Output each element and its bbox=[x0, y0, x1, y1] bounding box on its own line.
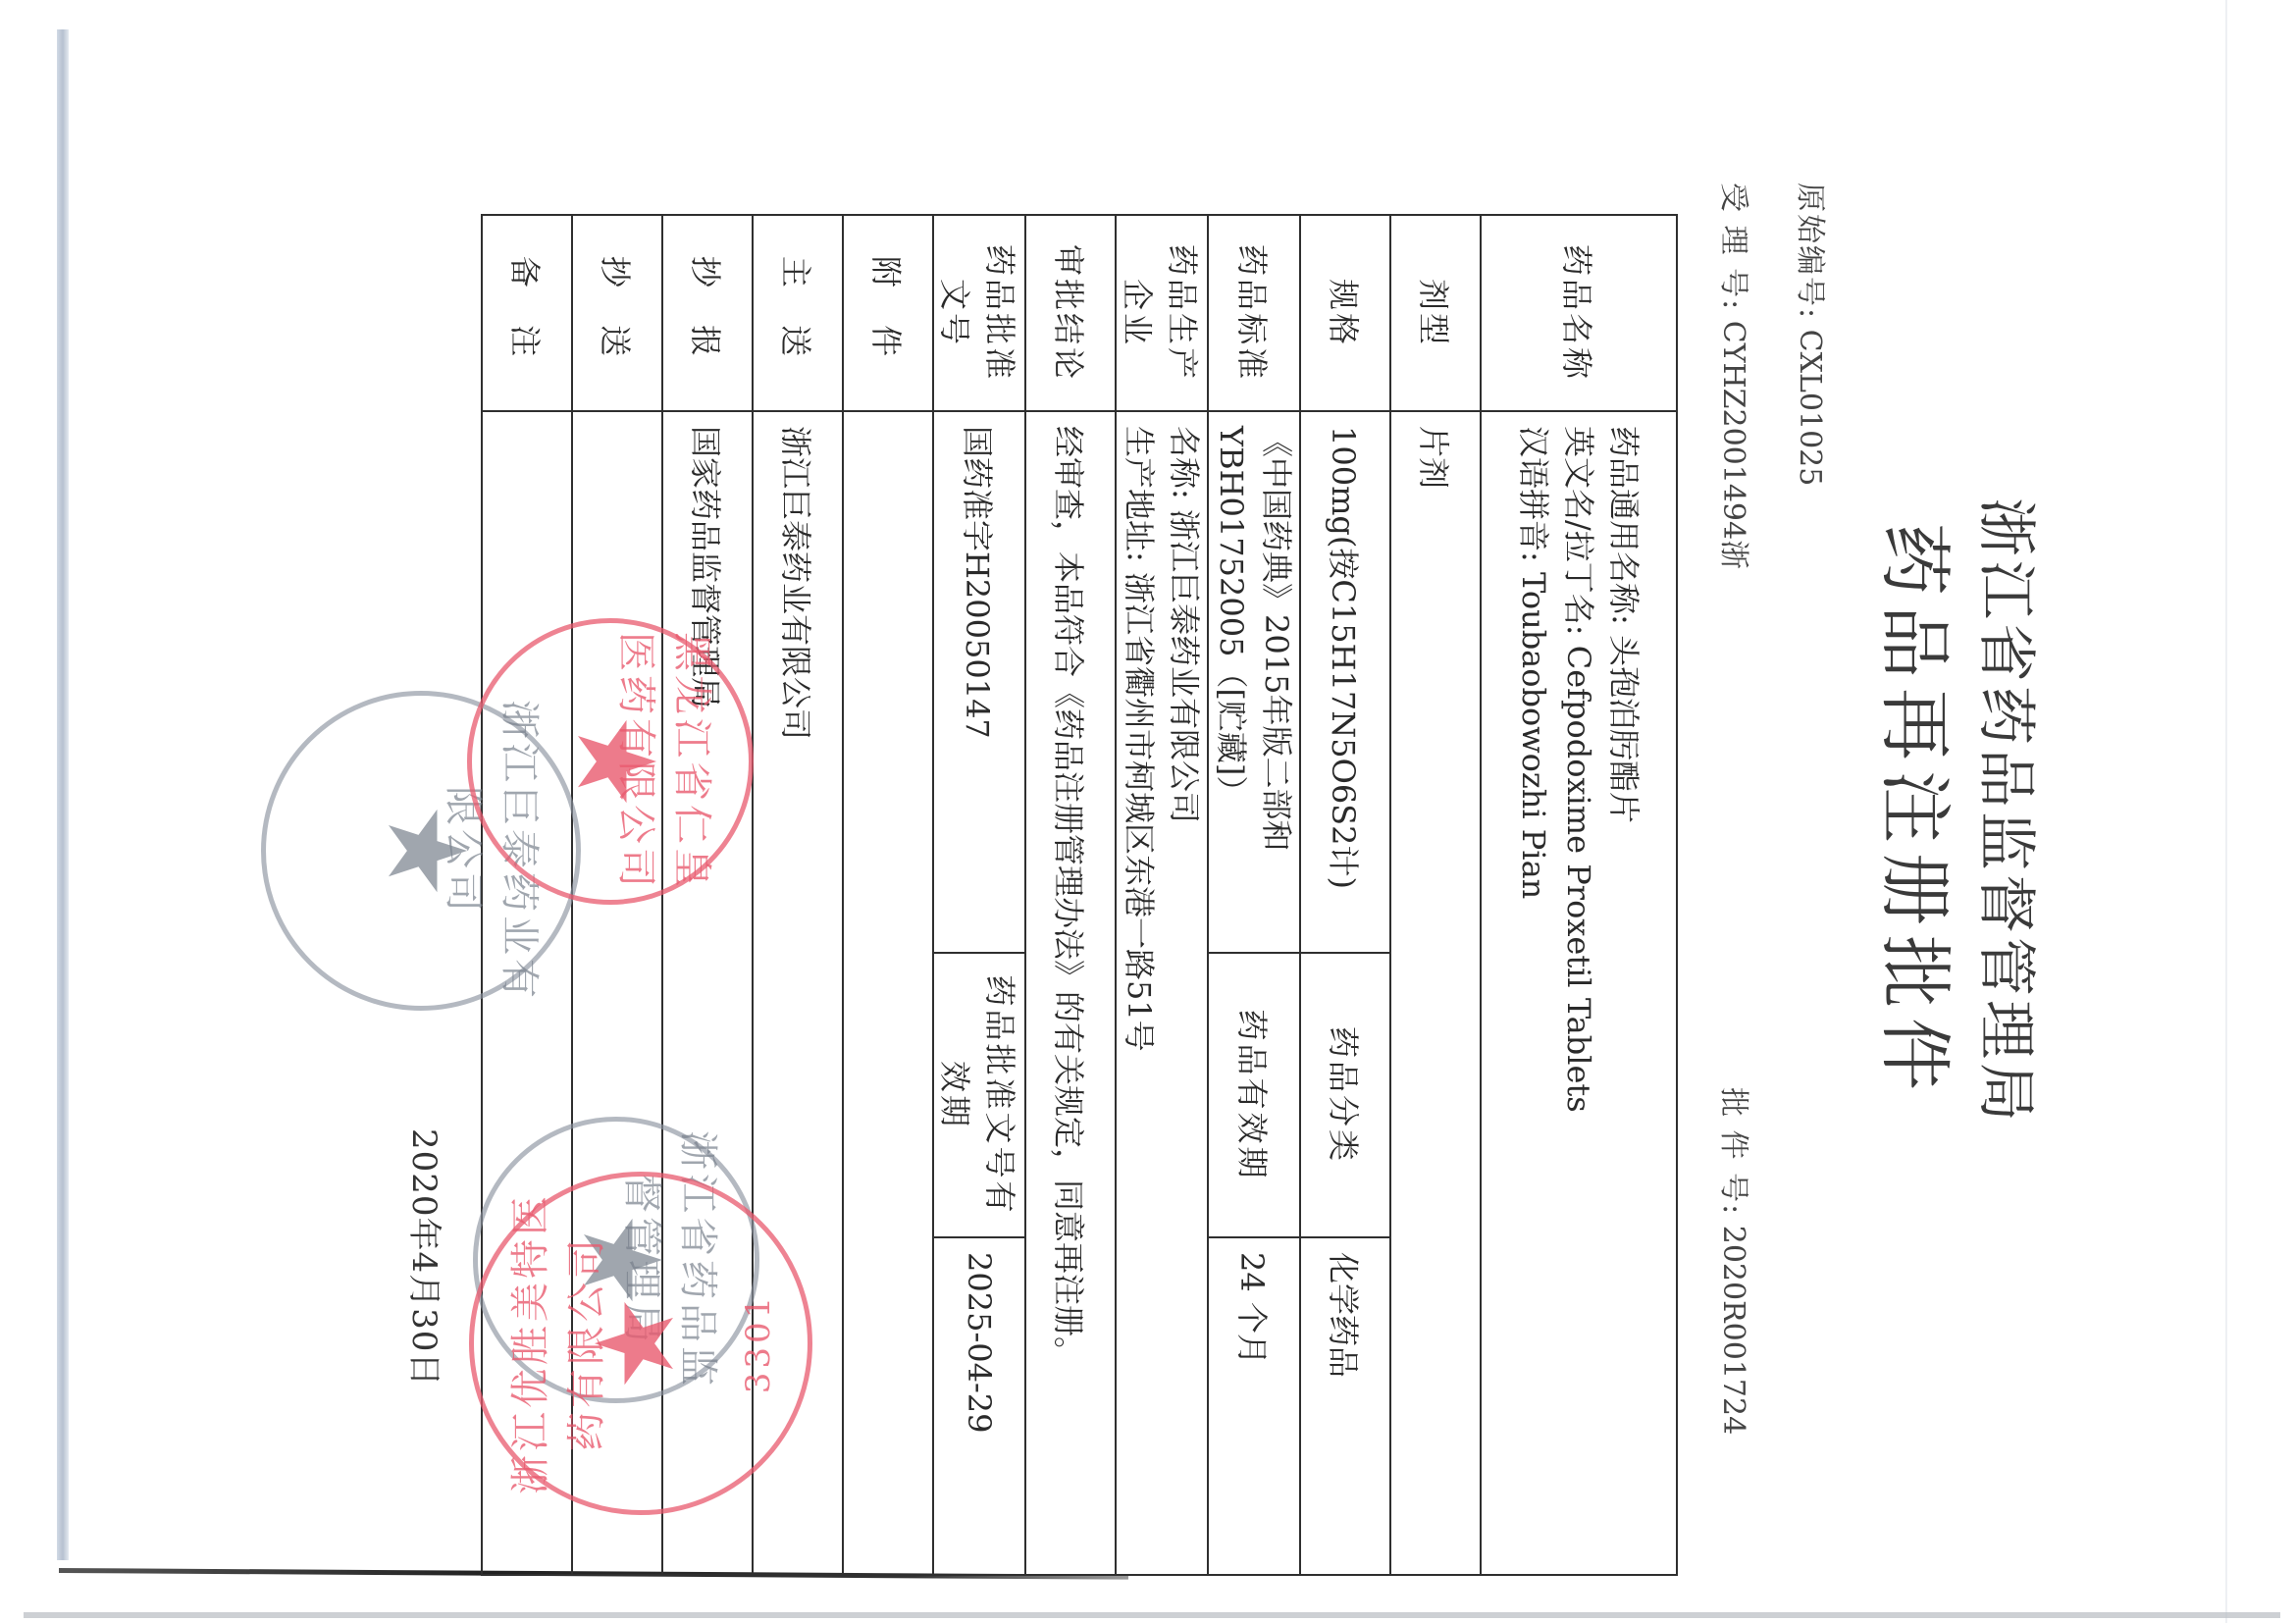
table-row: 抄 报 国家药品监督管理局 bbox=[662, 215, 753, 1575]
english-name: 英文名/拉丁名: Cefpodoxime Proxetil Tablets bbox=[1556, 426, 1601, 1560]
star-icon: ★ bbox=[373, 803, 481, 900]
table-row: 药品名称 药品通用名称: 头孢泊肟酯片 英文名/拉丁名: Cefpodoxime… bbox=[1481, 215, 1677, 1575]
conclusion-value: 经审查，本品符合《药品注册管理办法》的有关规定，同意再注册。 bbox=[1025, 411, 1116, 1575]
shelf-life-value: 24 个月 bbox=[1208, 1237, 1300, 1575]
category-value: 化学药品 bbox=[1300, 1237, 1390, 1575]
original-number-value: CXL01025 bbox=[1793, 330, 1827, 487]
spec-value: 100mg(按C15H17N5O6S2计) bbox=[1300, 411, 1390, 953]
shelf-life-label: 药品有效期 bbox=[1208, 953, 1300, 1237]
spec-label: 规格 bbox=[1300, 215, 1390, 411]
approval-number-label: 批 件 号: bbox=[1716, 1087, 1750, 1216]
acceptance-number-label: 受 理 号: bbox=[1716, 183, 1750, 311]
cc-value bbox=[572, 411, 662, 1575]
seal-date: 2020年4月30日 bbox=[403, 1128, 451, 1387]
table-row: 审批结论 经审查，本品符合《药品注册管理办法》的有关规定，同意再注册。 bbox=[1025, 215, 1116, 1575]
approval-validity-value: 2025-04-29 bbox=[933, 1237, 1025, 1575]
remarks-value bbox=[482, 411, 572, 1575]
main-recipient-label: 主 送 bbox=[753, 215, 843, 411]
approval-doc-value: 国药准字H20050147 bbox=[933, 411, 1025, 953]
remarks-label: 备 注 bbox=[482, 215, 572, 411]
document-title: 药品再注册批件 bbox=[1868, 0, 1972, 1623]
table-row: 附 件 bbox=[843, 215, 933, 1575]
issuing-agency: 浙江省药品监督管理局 bbox=[1968, 0, 2053, 1623]
approval-document: 浙江省药品监督管理局 药品再注册批件 原始编号: CXL01025 受 理 号:… bbox=[0, 0, 2296, 1623]
approval-number-value: 2020R001724 bbox=[1716, 1226, 1750, 1435]
attachment-label: 附 件 bbox=[843, 215, 933, 411]
approval-number: 批 件 号: 2020R001724 bbox=[1715, 1087, 1758, 1435]
table-row: 备 注 bbox=[482, 215, 572, 1575]
manufacturer-address: 生产地址: 浙江省衢州市柯城区东港一路51号 bbox=[1117, 426, 1162, 1560]
manufacturer-label: 药品生产企业 bbox=[1116, 215, 1208, 411]
approval-table: 药品名称 药品通用名称: 头孢泊肟酯片 英文名/拉丁名: Cefpodoxime… bbox=[481, 214, 1678, 1576]
acceptance-number-value: CYHZ2001494浙 bbox=[1716, 321, 1750, 569]
table-row: 药品标准 《中国药典》2015年版二部和YBH01752005（[贮藏]） 药品… bbox=[1208, 215, 1300, 1575]
drug-name-cell: 药品通用名称: 头孢泊肟酯片 英文名/拉丁名: Cefpodoxime Prox… bbox=[1481, 411, 1677, 1575]
conclusion-label: 审批结论 bbox=[1025, 215, 1116, 411]
category-label: 药品分类 bbox=[1300, 953, 1390, 1237]
dosage-form-value: 片剂 bbox=[1390, 411, 1481, 1575]
attachment-value bbox=[843, 411, 933, 1575]
original-number: 原始编号: CXL01025 bbox=[1792, 183, 1835, 486]
table-row: 主 送 浙江巨泰药业有限公司 bbox=[753, 215, 843, 1575]
manufacturer-name: 名称: 浙江巨泰药业有限公司 bbox=[1162, 426, 1207, 1560]
approval-doc-label: 药品批准文号 bbox=[933, 215, 1025, 411]
dosage-form-label: 剂型 bbox=[1390, 215, 1481, 411]
approval-validity-label: 药品批准文号有效期 bbox=[933, 953, 1025, 1237]
main-recipient-value: 浙江巨泰药业有限公司 bbox=[753, 411, 843, 1575]
generic-name: 药品通用名称: 头孢泊肟酯片 bbox=[1601, 426, 1646, 1560]
standard-label: 药品标准 bbox=[1208, 215, 1300, 411]
table-row: 药品生产企业 名称: 浙江巨泰药业有限公司 生产地址: 浙江省衢州市柯城区东港一… bbox=[1116, 215, 1208, 1575]
original-number-label: 原始编号: bbox=[1793, 183, 1827, 320]
report-to-label: 抄 报 bbox=[662, 215, 753, 411]
table-row: 剂型 片剂 bbox=[1390, 215, 1481, 1575]
cc-label: 抄 送 bbox=[572, 215, 662, 411]
manufacturer-cell: 名称: 浙江巨泰药业有限公司 生产地址: 浙江省衢州市柯城区东港一路51号 bbox=[1116, 411, 1208, 1575]
table-row: 规格 100mg(按C15H17N5O6S2计) 药品分类 化学药品 bbox=[1300, 215, 1390, 1575]
table-row: 抄 送 bbox=[572, 215, 662, 1575]
table-row: 药品批准文号 国药准字H20050147 药品批准文号有效期 2025-04-2… bbox=[933, 215, 1025, 1575]
acceptance-number: 受 理 号: CYHZ2001494浙 bbox=[1715, 183, 1758, 569]
pinyin-name: 汉语拼音: Toubaobowozhi Pian bbox=[1511, 426, 1556, 1560]
drug-name-label: 药品名称 bbox=[1481, 215, 1677, 411]
standard-value: 《中国药典》2015年版二部和YBH01752005（[贮藏]） bbox=[1208, 411, 1300, 953]
report-to-value: 国家药品监督管理局 bbox=[662, 411, 753, 1575]
